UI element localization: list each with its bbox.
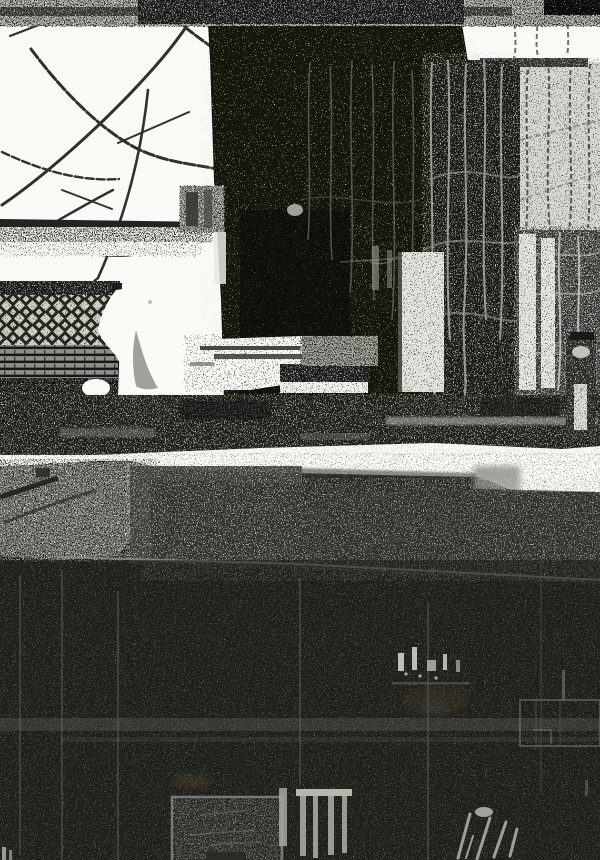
bottle — [398, 653, 404, 671]
brown-tint — [172, 774, 212, 788]
wall-side-box-slot — [204, 190, 212, 228]
white-object-tail — [82, 379, 110, 397]
shelf-dot — [434, 676, 437, 679]
bottle — [456, 660, 460, 672]
bright-sliver — [585, 780, 588, 796]
grey-dot — [148, 300, 152, 304]
corner-pillar-edge — [398, 252, 402, 392]
ground-dark-clump — [180, 400, 270, 420]
top-strip-dense — [138, 0, 464, 24]
step-edge — [190, 362, 214, 366]
corner-pillar — [402, 252, 444, 392]
bottle — [412, 647, 417, 670]
white-sliver — [214, 232, 226, 284]
wall-light-streak — [387, 250, 392, 288]
bottle — [427, 660, 436, 671]
bright-sliver — [562, 670, 565, 700]
wall-side-box-slot — [186, 192, 198, 226]
white-steps — [186, 336, 378, 393]
wall-light-blob — [287, 204, 303, 216]
white-column — [541, 238, 555, 388]
shelf-dot — [404, 672, 407, 675]
pale-band — [0, 718, 600, 731]
stick-blob — [475, 807, 493, 817]
white-riser — [280, 382, 368, 393]
fade-band — [0, 227, 208, 242]
fade-band-light — [0, 242, 198, 256]
ladder-slat — [300, 796, 306, 856]
top-edge-band — [0, 0, 600, 26]
lattice-grit — [0, 295, 116, 347]
gap-smudge — [474, 466, 520, 492]
ladder-slat — [313, 796, 318, 858]
shelf-dot — [418, 674, 421, 677]
slate-tint — [418, 699, 448, 715]
porch-dark-blob — [36, 468, 50, 477]
ground-light-patch — [60, 428, 155, 437]
shelf-line — [392, 682, 470, 685]
bright-bar — [279, 788, 287, 846]
bottle — [443, 654, 447, 670]
ground-light-patch — [300, 433, 370, 440]
fence-top-rail — [0, 281, 120, 295]
lantern-glow-slot — [574, 384, 587, 430]
step-edge — [200, 346, 300, 350]
lantern-cap — [570, 332, 594, 340]
step-edge — [214, 354, 302, 359]
branch-stroke — [118, 112, 189, 143]
lantern — [566, 332, 596, 436]
top-photo — [0, 0, 600, 455]
bottom-photo — [0, 461, 600, 860]
branch-stroke — [2, 152, 119, 179]
scanned-photographs: Photocopied page with two black-and-whit… — [0, 0, 600, 860]
ladder-top-bar — [296, 789, 352, 796]
frame-notch — [206, 852, 246, 860]
photocopy-page: Photocopied page with two black-and-whit… — [0, 0, 600, 860]
ladder-slat — [342, 796, 347, 853]
steps-grey-extension — [302, 336, 378, 366]
ground-dark-clump — [480, 398, 560, 416]
top-strip-corner — [544, 0, 600, 15]
corner-mark — [9, 850, 12, 860]
dark-tread — [280, 364, 368, 382]
corner-mark — [2, 847, 6, 860]
ladder-slat — [328, 796, 334, 855]
frame-inner — [175, 800, 279, 860]
branch-stroke — [62, 190, 112, 209]
lantern-glow-blob — [572, 346, 590, 358]
